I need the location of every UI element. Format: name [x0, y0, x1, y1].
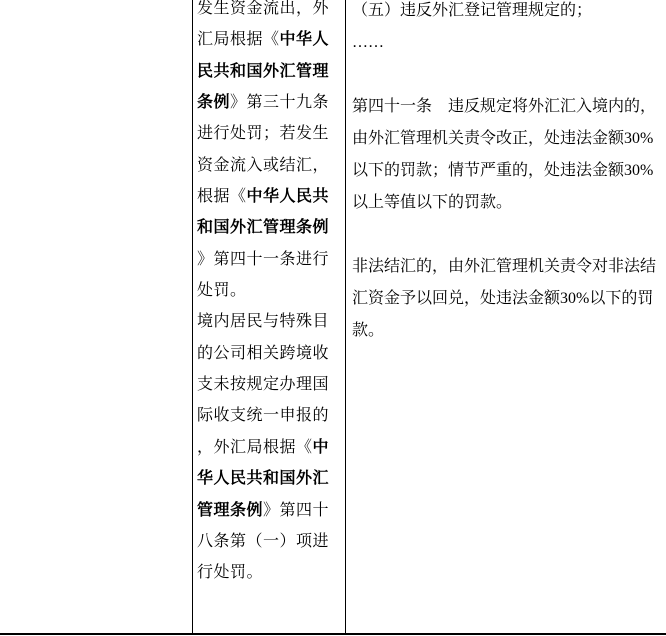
text-segment: 资金流入或结汇，: [197, 157, 329, 174]
text-line: 以下的罚款；情节严重的，处违法金额30%: [352, 155, 666, 187]
text-segment: ，外汇局根据《: [197, 439, 313, 456]
table-cell-left-empty: [0, 0, 193, 633]
text-line: 境内居民与特殊目: [197, 306, 345, 337]
regulation-title-bold-segment: 和国外汇管理条例: [197, 219, 329, 236]
text-line: 第四十一条 违反规定将外汇汇入境内的，: [352, 91, 666, 123]
text-segment: 》第三十九条: [230, 94, 329, 111]
regulation-title-bold-segment: 管理条例: [197, 502, 263, 519]
text-line: 》第四十一条进行: [197, 244, 345, 275]
table-row: 发生资金流出，外汇局根据《中华人民共和国外汇管理条例》第三十九条进行处罚；若发生…: [0, 0, 666, 635]
text-line: 根据《中华人民共: [197, 181, 345, 212]
text-line: 资金流入或结汇，: [197, 150, 345, 181]
text-line: 条例》第三十九条: [197, 87, 345, 118]
table-cell-right: （五）违反外汇登记管理规定的；……第四十一条 违反规定将外汇汇入境内的，由外汇管…: [346, 0, 666, 633]
regulation-title-bold-segment: 中: [313, 439, 330, 456]
text-line: 处罚。: [197, 275, 345, 306]
text-line: 由外汇管理机关责令改正，处违法金额30%: [352, 123, 666, 155]
table-cell-middle: 发生资金流出，外汇局根据《中华人民共和国外汇管理条例》第三十九条进行处罚；若发生…: [193, 0, 346, 633]
text-segment: 支未按规定办理国: [197, 376, 329, 393]
text-segment: 行处罚。: [197, 564, 263, 581]
regulation-title-bold-segment: 中华人: [280, 31, 330, 48]
text-segment: 境内居民与特殊目: [197, 313, 329, 330]
text-segment: 》第四十: [263, 502, 329, 519]
text-line: ，外汇局根据《中: [197, 432, 345, 463]
text-line: 民共和国外汇管理: [197, 56, 345, 87]
text-line: 发生资金流出，外: [197, 0, 345, 24]
text-line: [352, 59, 666, 91]
text-line: 以上等值以下的罚款。: [352, 187, 666, 219]
text-line: 的公司相关跨境收: [197, 338, 345, 369]
text-segment: 进行处罚；若发生: [197, 125, 329, 142]
text-line: 进行处罚；若发生: [197, 118, 345, 149]
text-segment: 根据《: [197, 188, 247, 205]
document-page: 发生资金流出，外汇局根据《中华人民共和国外汇管理条例》第三十九条进行处罚；若发生…: [0, 0, 666, 636]
text-line: （五）违反外汇登记管理规定的；: [352, 0, 666, 27]
text-segment: 八条第（一）项进: [197, 533, 329, 550]
text-line: ……: [352, 27, 666, 59]
text-line: 汇资金予以回兑，处违法金额30%以下的罚: [352, 283, 666, 315]
text-line: 款。: [352, 315, 666, 347]
text-line: 非法结汇的，由外汇管理机关责令对非法结: [352, 251, 666, 283]
right-cell-text: （五）违反外汇登记管理规定的；……第四十一条 违反规定将外汇汇入境内的，由外汇管…: [352, 0, 666, 347]
text-line: [352, 219, 666, 251]
text-segment: 发生资金流出，外: [197, 0, 329, 17]
text-line: 八条第（一）项进: [197, 526, 345, 557]
regulation-title-bold-segment: 华人民共和国外汇: [197, 470, 329, 487]
regulation-title-bold-segment: 民共和国外汇管理: [197, 63, 329, 80]
text-line: 汇局根据《中华人: [197, 24, 345, 55]
middle-cell-text: 发生资金流出，外汇局根据《中华人民共和国外汇管理条例》第三十九条进行处罚；若发生…: [197, 0, 345, 589]
text-segment: 的公司相关跨境收: [197, 345, 329, 362]
regulation-title-bold-segment: 条例: [197, 94, 230, 111]
text-segment: 》第四十一条进行: [197, 251, 329, 268]
text-segment: 处罚。: [197, 282, 247, 299]
text-line: 和国外汇管理条例: [197, 212, 345, 243]
text-line: 际收支统一申报的: [197, 400, 345, 431]
text-line: 华人民共和国外汇: [197, 463, 345, 494]
text-line: 支未按规定办理国: [197, 369, 345, 400]
text-segment: 际收支统一申报的: [197, 407, 329, 424]
text-segment: 汇局根据《: [197, 31, 280, 48]
regulation-title-bold-segment: 中华人民共: [247, 188, 330, 205]
text-line: 行处罚。: [197, 557, 345, 588]
text-line: 管理条例》第四十: [197, 495, 345, 526]
